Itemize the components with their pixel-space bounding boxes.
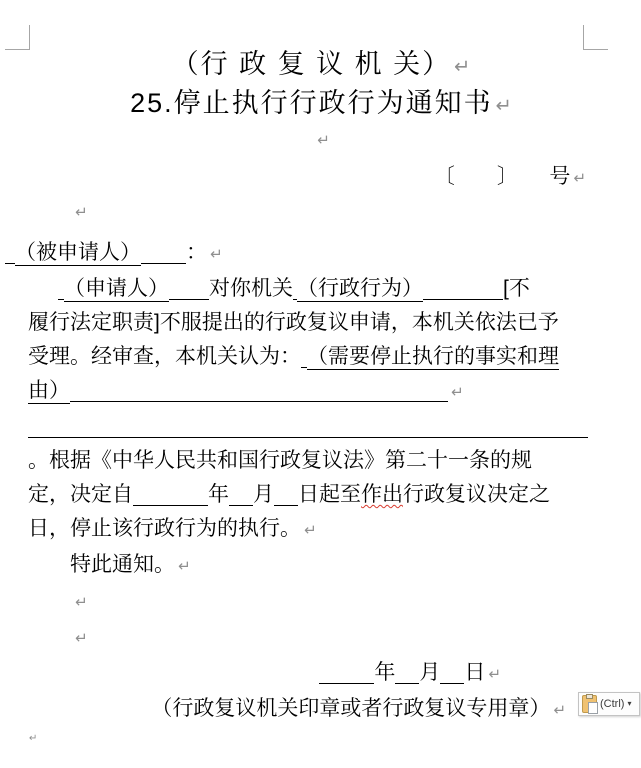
document-body: （行 政 复 议 机 关）↵25.停止执行行政行为通知书↵↵〔 〕 号↵↵（被申… (0, 0, 641, 747)
chevron-down-icon: ▾ (627, 700, 631, 708)
body-line: 受理。经审查，本机关认为：（需要停止执行的事实和理 (28, 340, 616, 374)
clipboard-sheet (588, 702, 598, 714)
addressee-line: （被申请人）：↵ (5, 236, 616, 272)
empty-line: ↵ (72, 584, 616, 620)
text-run: 履行法定职责]不服提出的行政复议申请，本机关依法已予 (28, 311, 559, 334)
underline-blank (169, 299, 209, 300)
date-line: 年月日↵ (28, 656, 616, 692)
pilcrow-mark: ↵ (451, 384, 464, 401)
pilcrow-mark: ↵ (496, 95, 514, 117)
text-run: 作出 (361, 483, 403, 506)
underline-blank (141, 263, 186, 264)
body-line: 履行法定职责]不服提出的行政复议申请，本机关依法已予 (28, 306, 616, 340)
pilcrow-mark: ↵ (454, 56, 472, 78)
underline-blank (5, 263, 15, 264)
pilcrow-mark: ↵ (75, 204, 88, 221)
text-run: 受理。经审查，本机关认为： (28, 345, 301, 368)
pilcrow-mark: ↵ (304, 522, 317, 539)
text-run: 月 (419, 661, 440, 684)
empty-line: ↵ (72, 620, 616, 656)
pilcrow-mark: ↵ (75, 630, 88, 647)
body-line: 定，决定自年月日起至作出行政复议决定之 (28, 478, 616, 512)
text-run: 〔 〕 号 (434, 165, 571, 188)
text-run: （行政复议机关印章或者行政复议专用章） (151, 697, 550, 720)
text-run: ： (186, 241, 207, 264)
underline-blank (133, 505, 208, 506)
clipboard-icon (582, 695, 597, 713)
text-run: 。根据《中华人民共和国行政复议法》第二十一条的规 (28, 449, 532, 472)
underline-blank (28, 437, 588, 438)
title-line-2: 25.停止执行行政行为通知书↵ (28, 85, 616, 124)
underline-blank (395, 683, 419, 684)
text-run: （行政行为） (297, 277, 423, 302)
underline-blank (70, 401, 448, 402)
text-run: （行 政 复 议 机 关） (172, 49, 452, 79)
pilcrow-mark: ↵ (178, 558, 191, 575)
pilcrow-mark: ↵ (553, 702, 566, 719)
clipboard-clip (586, 694, 593, 699)
pilcrow-mark: ↵ (29, 733, 37, 744)
empty-line: ↵ (72, 196, 616, 228)
text-run: 日起至 (298, 483, 361, 506)
paste-options-label: (Ctrl) (600, 699, 624, 710)
end-paragraph-mark-line: ↵ (26, 728, 616, 747)
underline-blank (423, 299, 503, 300)
pilcrow-mark: ↵ (317, 132, 330, 149)
title-line-1: （行 政 复 议 机 关）↵ (28, 46, 616, 85)
blank-underline-line (28, 410, 616, 444)
text-run: 日 (464, 661, 485, 684)
signature-line: （行政复议机关印章或者行政复议专用章）↵ (28, 692, 616, 728)
text-run: [不 (503, 277, 530, 300)
text-run: 月 (253, 483, 274, 506)
text-run: 年 (208, 483, 229, 506)
text-run: 日，停止该行政行为的执行。 (28, 517, 301, 540)
text-run: 对你机关 (209, 277, 293, 300)
pilcrow-mark: ↵ (210, 246, 223, 263)
underline-blank (319, 683, 374, 684)
pilcrow-mark: ↵ (75, 594, 88, 611)
text-run: 25.停止执行行政行为通知书 (130, 88, 493, 118)
text-run: 特此通知。 (70, 553, 175, 576)
text-run: （需要停止执行的事实和理 (307, 345, 559, 370)
text-run: 年 (374, 661, 395, 684)
body-line: （申请人）对你机关（行政行为）[不 (58, 272, 616, 306)
doc-number-line: 〔 〕 号↵ (28, 160, 616, 196)
body-line: 。根据《中华人民共和国行政复议法》第二十一条的规 (28, 444, 616, 478)
pilcrow-mark: ↵ (573, 170, 586, 187)
text-run: 定，决定自 (28, 483, 133, 506)
text-run: （被申请人） (15, 241, 141, 266)
text-run: 由） (28, 379, 70, 404)
underline-blank (440, 683, 464, 684)
text-run: 行政复议决定之 (403, 483, 550, 506)
text-run: （申请人） (64, 277, 169, 302)
pilcrow-mark: ↵ (488, 666, 501, 683)
body-line: 特此通知。↵ (70, 548, 616, 584)
body-line: 日，停止该行政行为的执行。↵ (28, 512, 616, 548)
body-line: 由）↵ (28, 374, 616, 410)
empty-line: ↵ (28, 124, 616, 156)
paste-options-button[interactable]: (Ctrl) ▾ (578, 692, 640, 716)
underline-blank (229, 505, 253, 506)
word-page: （行 政 复 议 机 关）↵25.停止执行行政行为通知书↵↵〔 〕 号↵↵（被申… (0, 0, 641, 768)
underline-blank (274, 505, 298, 506)
